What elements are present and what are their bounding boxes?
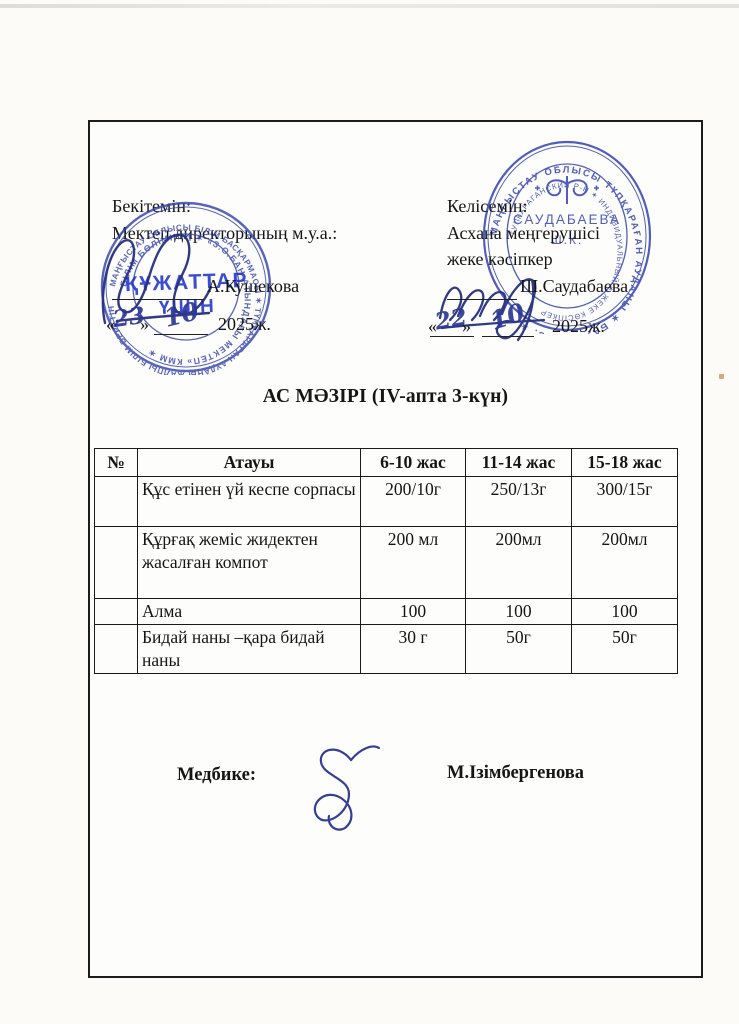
table-row: Құс етінен үй кеспе сорпасы 200/10г 250/… xyxy=(95,477,678,527)
portion-age2: 250/13г xyxy=(466,477,572,527)
table-row: Құрғақ жеміс жидектен жасалған компот 20… xyxy=(95,527,678,599)
nurse-signer-name: М.Ізімбергенова xyxy=(447,763,584,784)
portion-age2: 100 xyxy=(466,599,572,625)
portion-age1: 200 мл xyxy=(361,527,466,599)
approve-date-close-quote: » xyxy=(140,312,149,336)
dish-name: Құрғақ жеміс жидектен жасалған компот xyxy=(138,527,361,599)
nurse-signature xyxy=(295,740,385,835)
nurse-label: Медбике: xyxy=(177,765,256,786)
dish-name: Бидай наны –қара бидай наны xyxy=(138,625,361,674)
col-header-age2: 11-14 жас xyxy=(466,449,572,477)
col-header-age1: 6-10 жас xyxy=(361,449,466,477)
portion-age3: 300/15г xyxy=(572,477,678,527)
portion-age3: 50г xyxy=(572,625,678,674)
table-header-row: № Атауы 6-10 жас 11-14 жас 15-18 жас xyxy=(95,449,678,477)
table-row: Бидай наны –қара бидай наны 30 г 50г 50г xyxy=(95,625,678,674)
scanner-streak-artifact xyxy=(0,4,739,8)
col-header-name: Атауы xyxy=(138,449,361,477)
portion-age3: 200мл xyxy=(572,527,678,599)
agree-label: Келісемін: xyxy=(447,194,528,218)
agree-date-day-line xyxy=(430,316,474,337)
approve-date-year: 2025ж. xyxy=(218,312,271,336)
table-row: Алма 100 100 100 xyxy=(95,599,678,625)
page-border: Бекітемін: Мектеп директорының м.у.а.: М… xyxy=(88,120,703,978)
row-num xyxy=(95,599,138,625)
row-num xyxy=(95,527,138,599)
scan-speck-artifact xyxy=(719,374,724,379)
col-header-age3: 15-18 жас xyxy=(572,449,678,477)
agree-date-year: 2025ж. xyxy=(552,314,605,338)
portion-age3: 100 xyxy=(572,599,678,625)
approve-signer-name: А.Кушекова xyxy=(207,274,299,298)
row-num xyxy=(95,477,138,527)
scanned-document: { "document": { "title": "АС МӘЗІРІ (IV-… xyxy=(0,0,739,1024)
agree-role-line1: Асхана меңгерушісі xyxy=(447,221,600,245)
portion-age1: 200/10г xyxy=(361,477,466,527)
menu-table: № Атауы 6-10 жас 11-14 жас 15-18 жас Құс… xyxy=(94,448,678,674)
agree-signature-line xyxy=(447,279,517,300)
dish-name: Алма xyxy=(138,599,361,625)
portion-age2: 50г xyxy=(466,625,572,674)
row-num xyxy=(95,625,138,674)
agree-signer-name: Ш.Саудабаева xyxy=(520,274,628,298)
dish-name: Құс етінен үй кеспе сорпасы xyxy=(138,477,361,527)
portion-age1: 100 xyxy=(361,599,466,625)
document-title: АС МӘЗІРІ (IV-апта 3-күн) xyxy=(94,386,677,408)
portion-age2: 200мл xyxy=(466,527,572,599)
portion-age1: 30 г xyxy=(361,625,466,674)
col-header-num: № xyxy=(95,449,138,477)
